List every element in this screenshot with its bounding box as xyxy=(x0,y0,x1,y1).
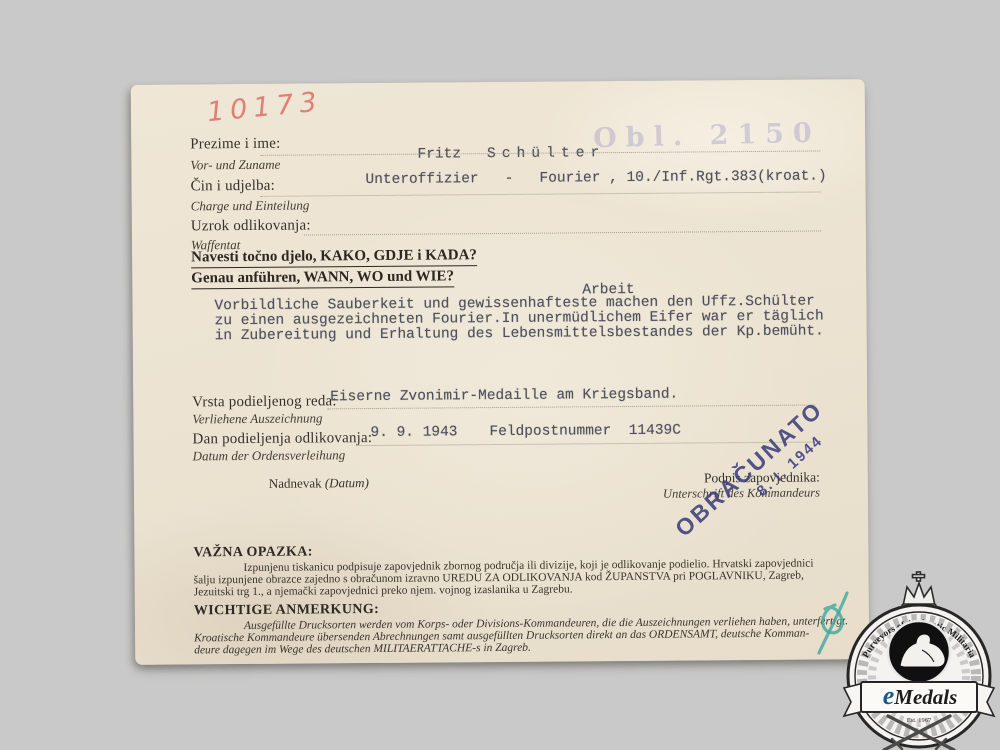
brand-letter-e: e xyxy=(883,681,895,710)
field-label-rank-hr: Čin i udjelba: xyxy=(190,178,275,196)
nadnevak-label: Nadnevak xyxy=(269,475,325,490)
note-de-line-3: deure dagegen im Wege des deutschen MILI… xyxy=(194,642,531,657)
instruction-heading-hr: Navesti točno djelo, KAKO, GDJE i KADA? xyxy=(191,247,477,268)
field-label-reason-hr: Uzrok odlikovanja: xyxy=(191,217,311,235)
dotted-line-award xyxy=(327,405,815,410)
field-label-name-hr: Prezime i ime: xyxy=(190,136,280,154)
field-label-name-de: Vor- und Zuname xyxy=(190,157,280,174)
field-value-award-date: 9. 9. 1943 xyxy=(370,424,457,441)
signature-date-label: Nadnevak (Datum) xyxy=(269,475,369,492)
field-value-award: Eiserne Zvonimir-Medaille am Kriegsband. xyxy=(330,387,678,406)
award-document-card: 10173 Obl. 2150 Prezime i ime: FritzSchü… xyxy=(131,79,870,665)
dotted-line-reason xyxy=(304,230,821,235)
field-value-feldpostnummer: Feldpostnummer 11439C xyxy=(489,423,681,441)
field-value-rank: Unteroffizier - Fourier , 10./Inf.Rgt.38… xyxy=(365,168,826,188)
est-year: Est. 1967 xyxy=(907,717,932,724)
instruction-heading-de: Genau anführen, WANN, WO und WIE? xyxy=(191,268,454,289)
brand-wordmark: eMedals xyxy=(883,681,958,710)
dotted-line-award-date xyxy=(359,442,816,447)
field-label-award-date-hr: Dan podieljenja odlikovanja: xyxy=(192,430,372,448)
field-label-award-de: Verliehene Auszeichnung xyxy=(192,410,322,427)
emedals-watermark-logo: Purveyors of Authentic Militaria eMedals… xyxy=(834,570,1000,750)
field-label-award-hr: Vrsta podieljenog reda: xyxy=(192,393,337,411)
note-heading-hr: VAŽNA OPAZKA: xyxy=(193,544,313,561)
field-label-award-date-de: Datum der Ordensverleihung xyxy=(193,447,346,464)
handwritten-inventory-number: 10173 xyxy=(206,86,324,128)
brand-rest: Medals xyxy=(893,685,957,709)
datum-paren-label: (Datum) xyxy=(325,475,369,490)
note-hr-line-3: Jezuitski trg 1., a njemački zapovjednic… xyxy=(194,583,573,598)
citation-line-3: in Zubereitung und Erhaltung des Lebensm… xyxy=(215,323,824,344)
dotted-line-rank xyxy=(261,191,821,196)
note-heading-de: WICHTIGE ANMERKUNG: xyxy=(194,602,379,619)
faint-office-stamp: Obl. 2150 xyxy=(593,117,821,154)
photo-of-document: 10173 Obl. 2150 Prezime i ime: FritzSchü… xyxy=(0,0,1000,750)
field-label-rank-de: Charge und Einteilung xyxy=(191,197,310,214)
